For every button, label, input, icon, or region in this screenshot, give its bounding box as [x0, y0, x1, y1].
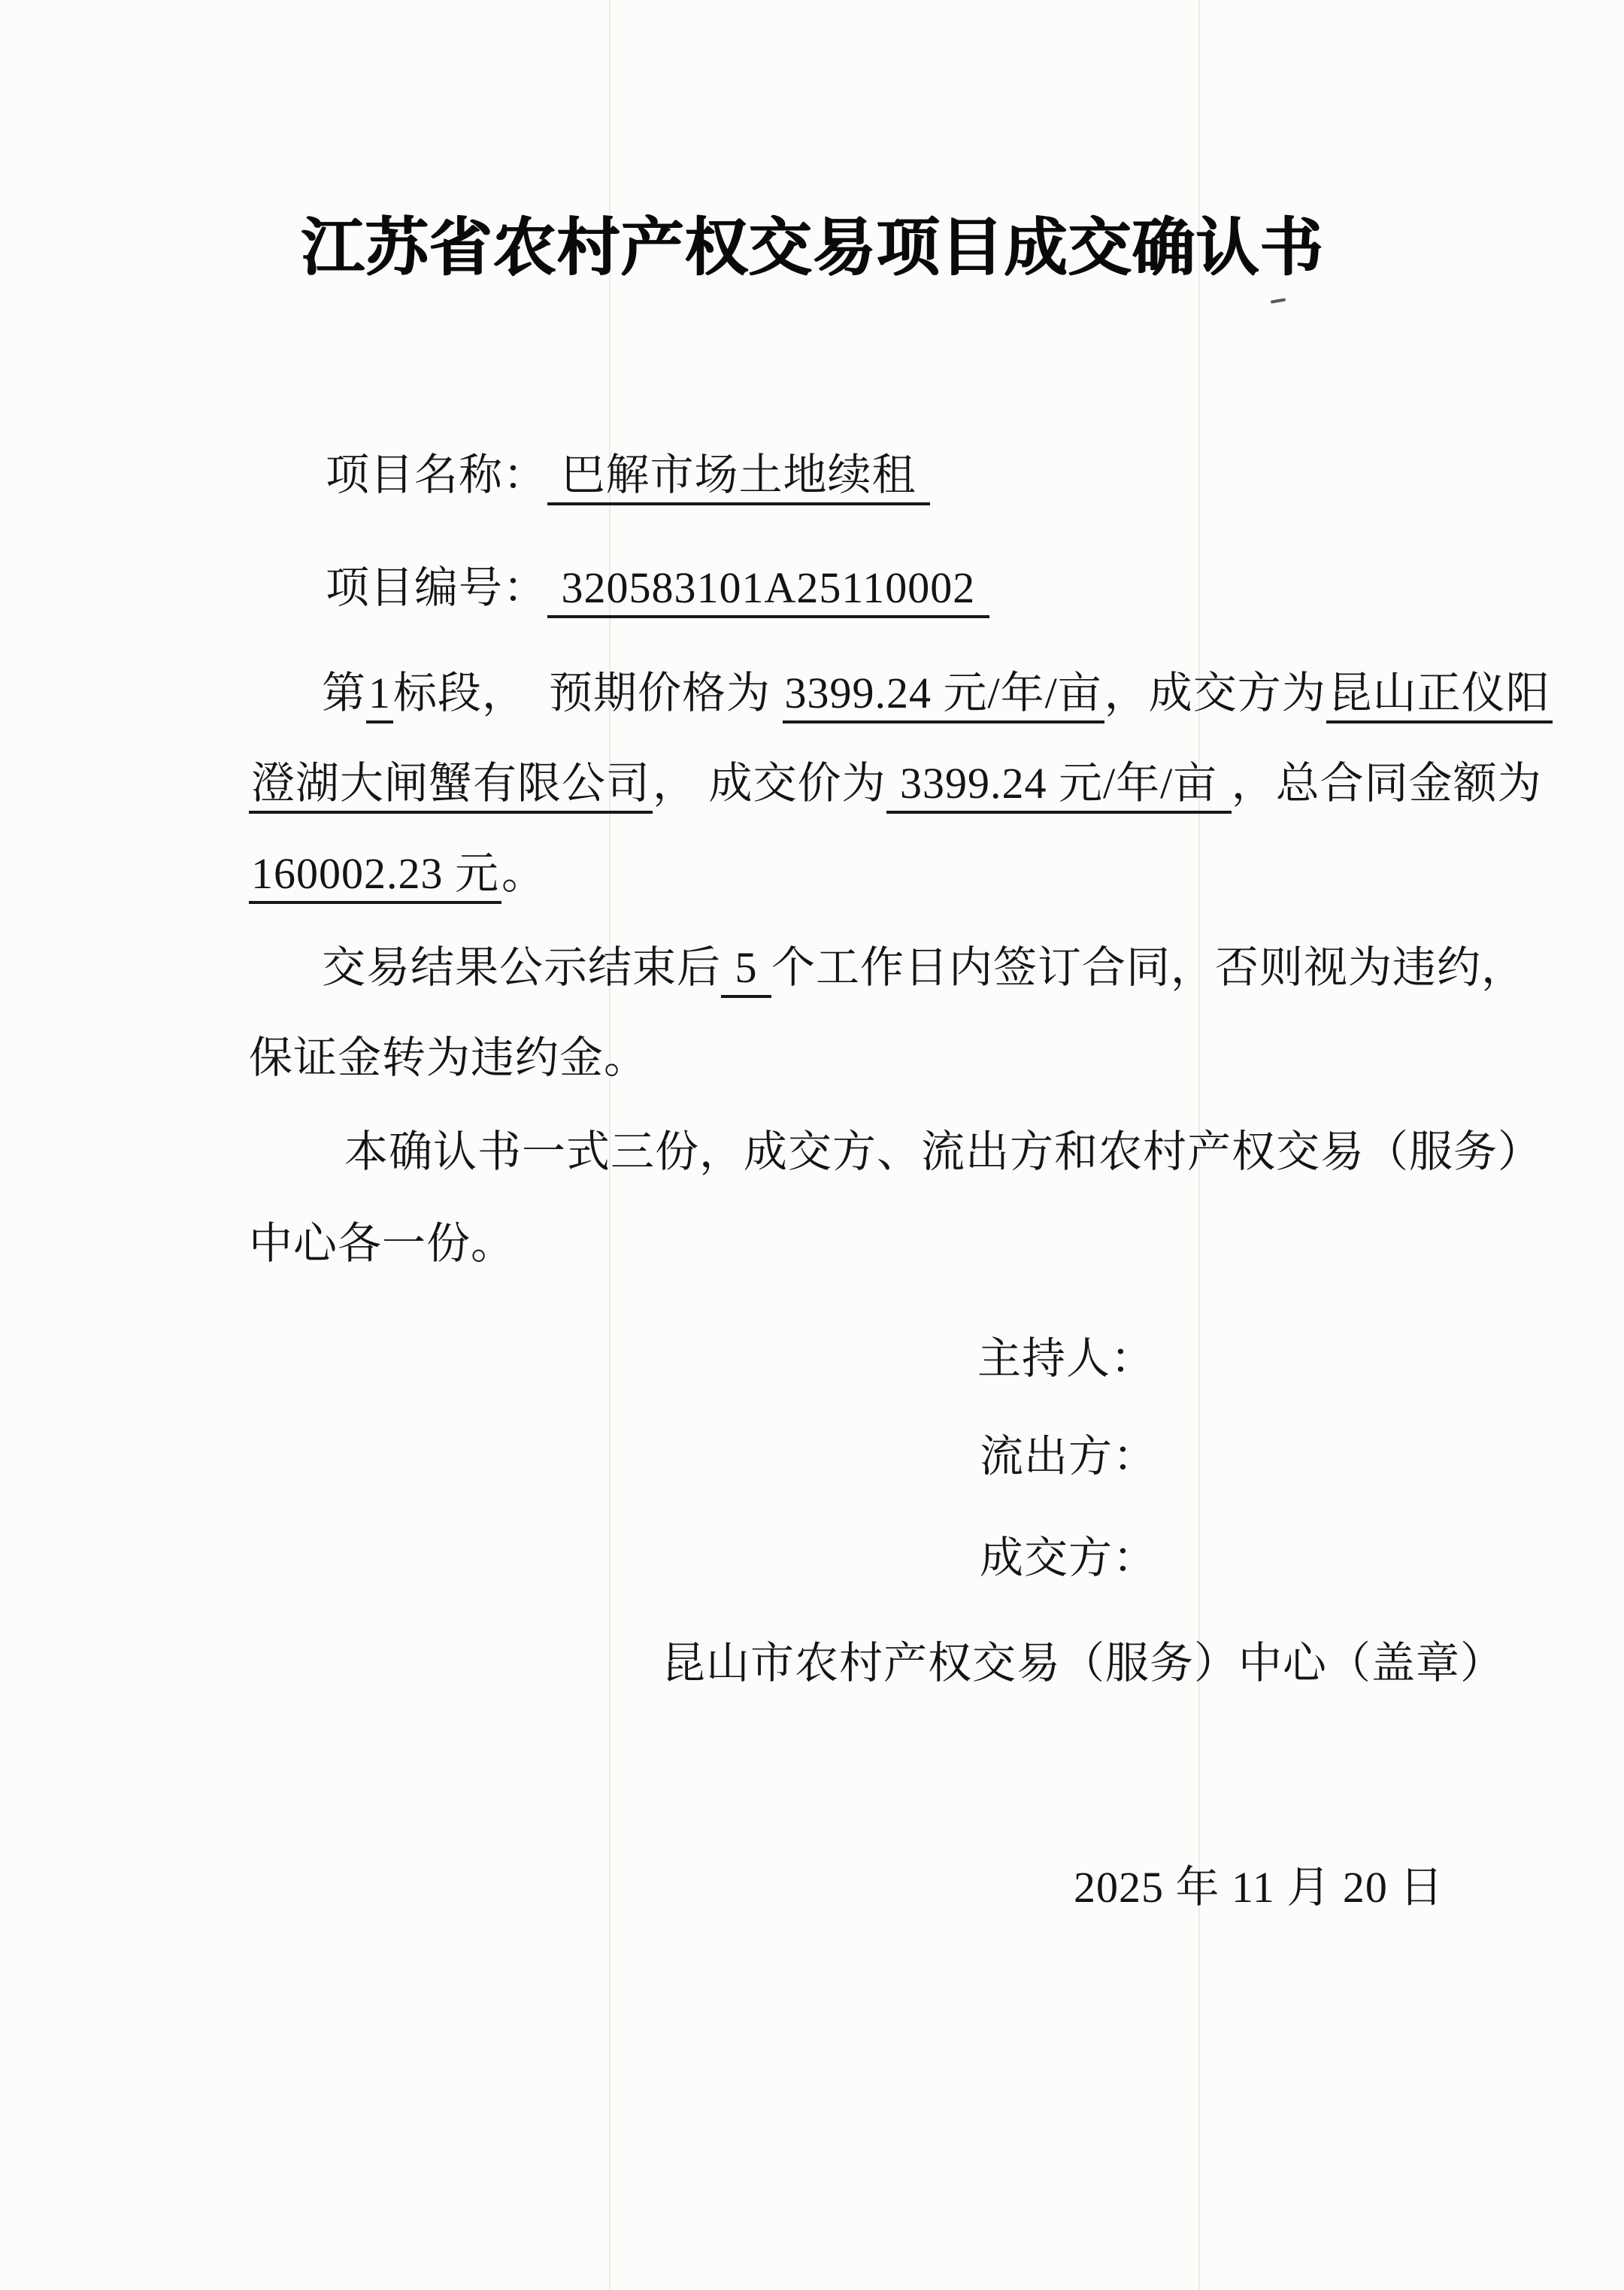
project-code-label: 项目编号： [326, 563, 547, 612]
project-code-value: 320583101A25110002 [547, 563, 989, 618]
project-name-row: 项目名称： 巴解市场土地续租 [326, 451, 930, 500]
project-code-row: 项目编号： 320583101A25110002 [326, 564, 989, 613]
deal-paragraph-line-1: 第1标段， 预期价格为 3399.24 元/年/亩，成交方为昆山正仪阳 [322, 669, 1553, 718]
penalty-paragraph-line-1: 交易结果公示结束后 5 个工作日内签订合同，否则视为违约， [322, 944, 1526, 993]
text-segment: 交易结果公示结束后 [322, 943, 721, 992]
signature-outflow-label: 流出方： [980, 1433, 1157, 1482]
text-segment: ，成交方为 [1104, 669, 1326, 717]
document-date: 2025 年 11 月 20 日 [1074, 1864, 1444, 1912]
deal-paragraph-line-2: 澄湖大闸蟹有限公司， 成交价为 3399.24 元/年/亩 ，总合同金额为 [249, 760, 1542, 808]
project-name-label: 项目名称： [326, 450, 547, 499]
document-page: 江苏省农村产权交易项目成交确认书 项目名称： 巴解市场土地续租 项目编号： 32… [0, 0, 1624, 2290]
deal-price-value: 3399.24 元/年/亩 [886, 759, 1232, 814]
expected-price-value: 3399.24 元/年/亩 [783, 669, 1104, 723]
copies-paragraph-line-2: 中心各一份。 [249, 1220, 515, 1269]
text-segment: 个工作日内签订合同，否则视为违约， [771, 943, 1526, 992]
deal-paragraph-line-3: 160002.23 元。 [249, 850, 546, 899]
text-segment: ， 成交价为 [653, 759, 886, 808]
total-contract-amount: 160002.23 元 [249, 849, 501, 904]
issuing-center-seal-line: 昆山市农村产权交易（服务）中心（盖章） [662, 1639, 1504, 1688]
working-days-value: 5 [721, 943, 771, 998]
buyer-name-part-2: 澄湖大闸蟹有限公司 [249, 759, 653, 814]
signature-buyer-label: 成交方： [980, 1534, 1157, 1583]
scan-speckle [1271, 298, 1286, 303]
project-name-value: 巴解市场土地续租 [547, 450, 930, 505]
signature-host-label: 主持人： [977, 1335, 1155, 1384]
penalty-paragraph-line-2: 保证金转为违约金。 [249, 1034, 648, 1083]
text-segment: ，总合同金额为 [1232, 759, 1542, 808]
text-segment: 。 [501, 849, 546, 898]
buyer-name-part-1: 昆山正仪阳 [1326, 669, 1553, 723]
copies-paragraph-line-1: 本确认书一式三份，成交方、流出方和农村产权交易（服务） [344, 1128, 1542, 1177]
bid-section-number: 1 [366, 669, 393, 723]
text-segment: 第 [322, 669, 366, 717]
document-title: 江苏省农村产权交易项目成交确认书 [0, 197, 1624, 288]
text-segment: 标段， 预期价格为 [393, 669, 783, 717]
